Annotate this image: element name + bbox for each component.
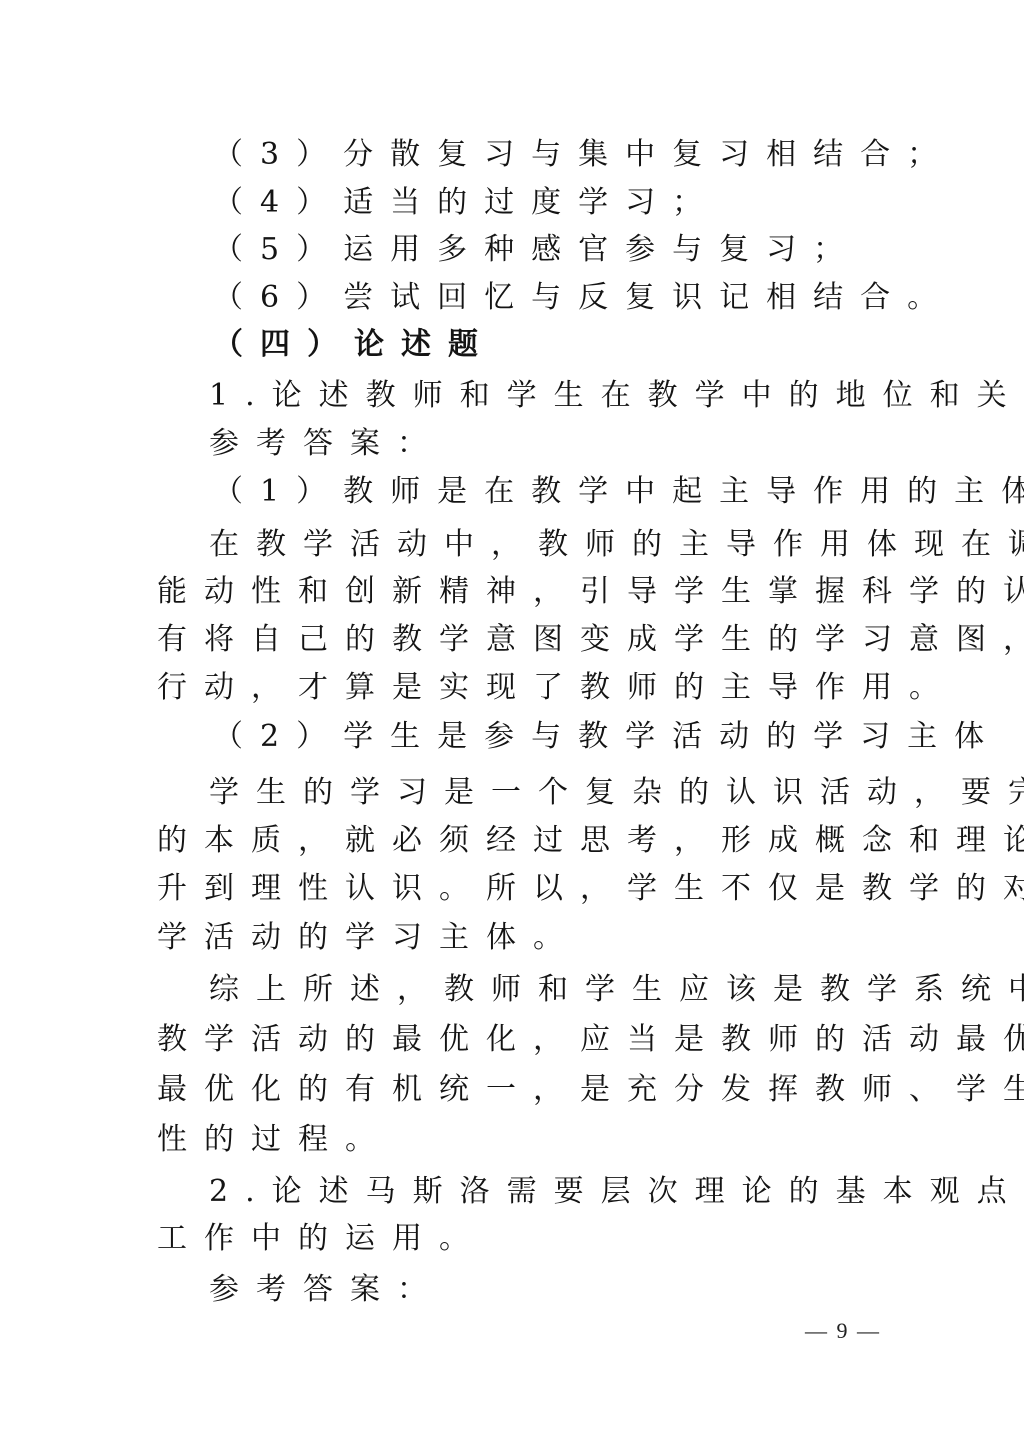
answer-label: 参考答案：: [209, 426, 939, 462]
paragraph-line: 行动，才算是实现了教师的主导作用。: [157, 670, 887, 706]
question-text: 2.论述马斯洛需要层次理论的基本观点及其在教育教学: [209, 1174, 939, 1210]
list-item: （3）分散复习与集中复习相结合；: [213, 137, 943, 173]
answer-label: 参考答案：: [209, 1272, 939, 1308]
paragraph-line: 学活动的学习主体。: [157, 920, 887, 956]
page-number: — 9 —: [805, 1318, 881, 1344]
paragraph-line: 性的过程。: [157, 1122, 887, 1158]
paragraph-line: 学生的学习是一个复杂的认识活动，要完全地认识事物: [209, 775, 939, 811]
paragraph-line: 工作中的运用。: [157, 1221, 887, 1257]
document-page: （3）分散复习与集中复习相结合；（4）适当的过度学习；（5）运用多种感官参与复习…: [0, 0, 1024, 1447]
paragraph-line: 教学活动的最优化，应当是教师的活动最优化与学生的活动: [157, 1022, 887, 1058]
question-text: 1.论述教师和学生在教学中的地位和关系。: [209, 378, 939, 414]
list-item: （2）学生是参与教学活动的学习主体: [213, 719, 943, 755]
paragraph-line: 能动性和创新精神，引导学生掌握科学的认识方法。教师只: [157, 574, 887, 610]
paragraph-line: 在教学活动中，教师的主导作用体现在调动学生的主观: [209, 527, 939, 563]
paragraph-line: 有将自己的教学意图变成学生的学习意图，并推动学生积极: [157, 622, 887, 658]
section-heading: （四）论述题: [213, 327, 943, 363]
paragraph-line: 升到理性认识。所以，学生不仅是教学的对象，更是参与教: [157, 871, 887, 907]
paragraph-line: 最优化的有机统一，是充分发挥教师、学生“双主体”能动: [157, 1072, 887, 1108]
list-item: （5）运用多种感官参与复习；: [213, 232, 943, 268]
paragraph-line: 的本质，就必须经过思考，形成概念和理论，从感性认识提: [157, 823, 887, 859]
list-item: （4）适当的过度学习；: [213, 185, 943, 221]
list-item: （1）教师是在教学中起主导作用的主体: [213, 474, 943, 510]
list-item: （6）尝试回忆与反复识记相结合。: [213, 280, 943, 316]
paragraph-line: 综上所述，教师和学生应该是教学系统中的“双主体”，: [209, 972, 939, 1008]
